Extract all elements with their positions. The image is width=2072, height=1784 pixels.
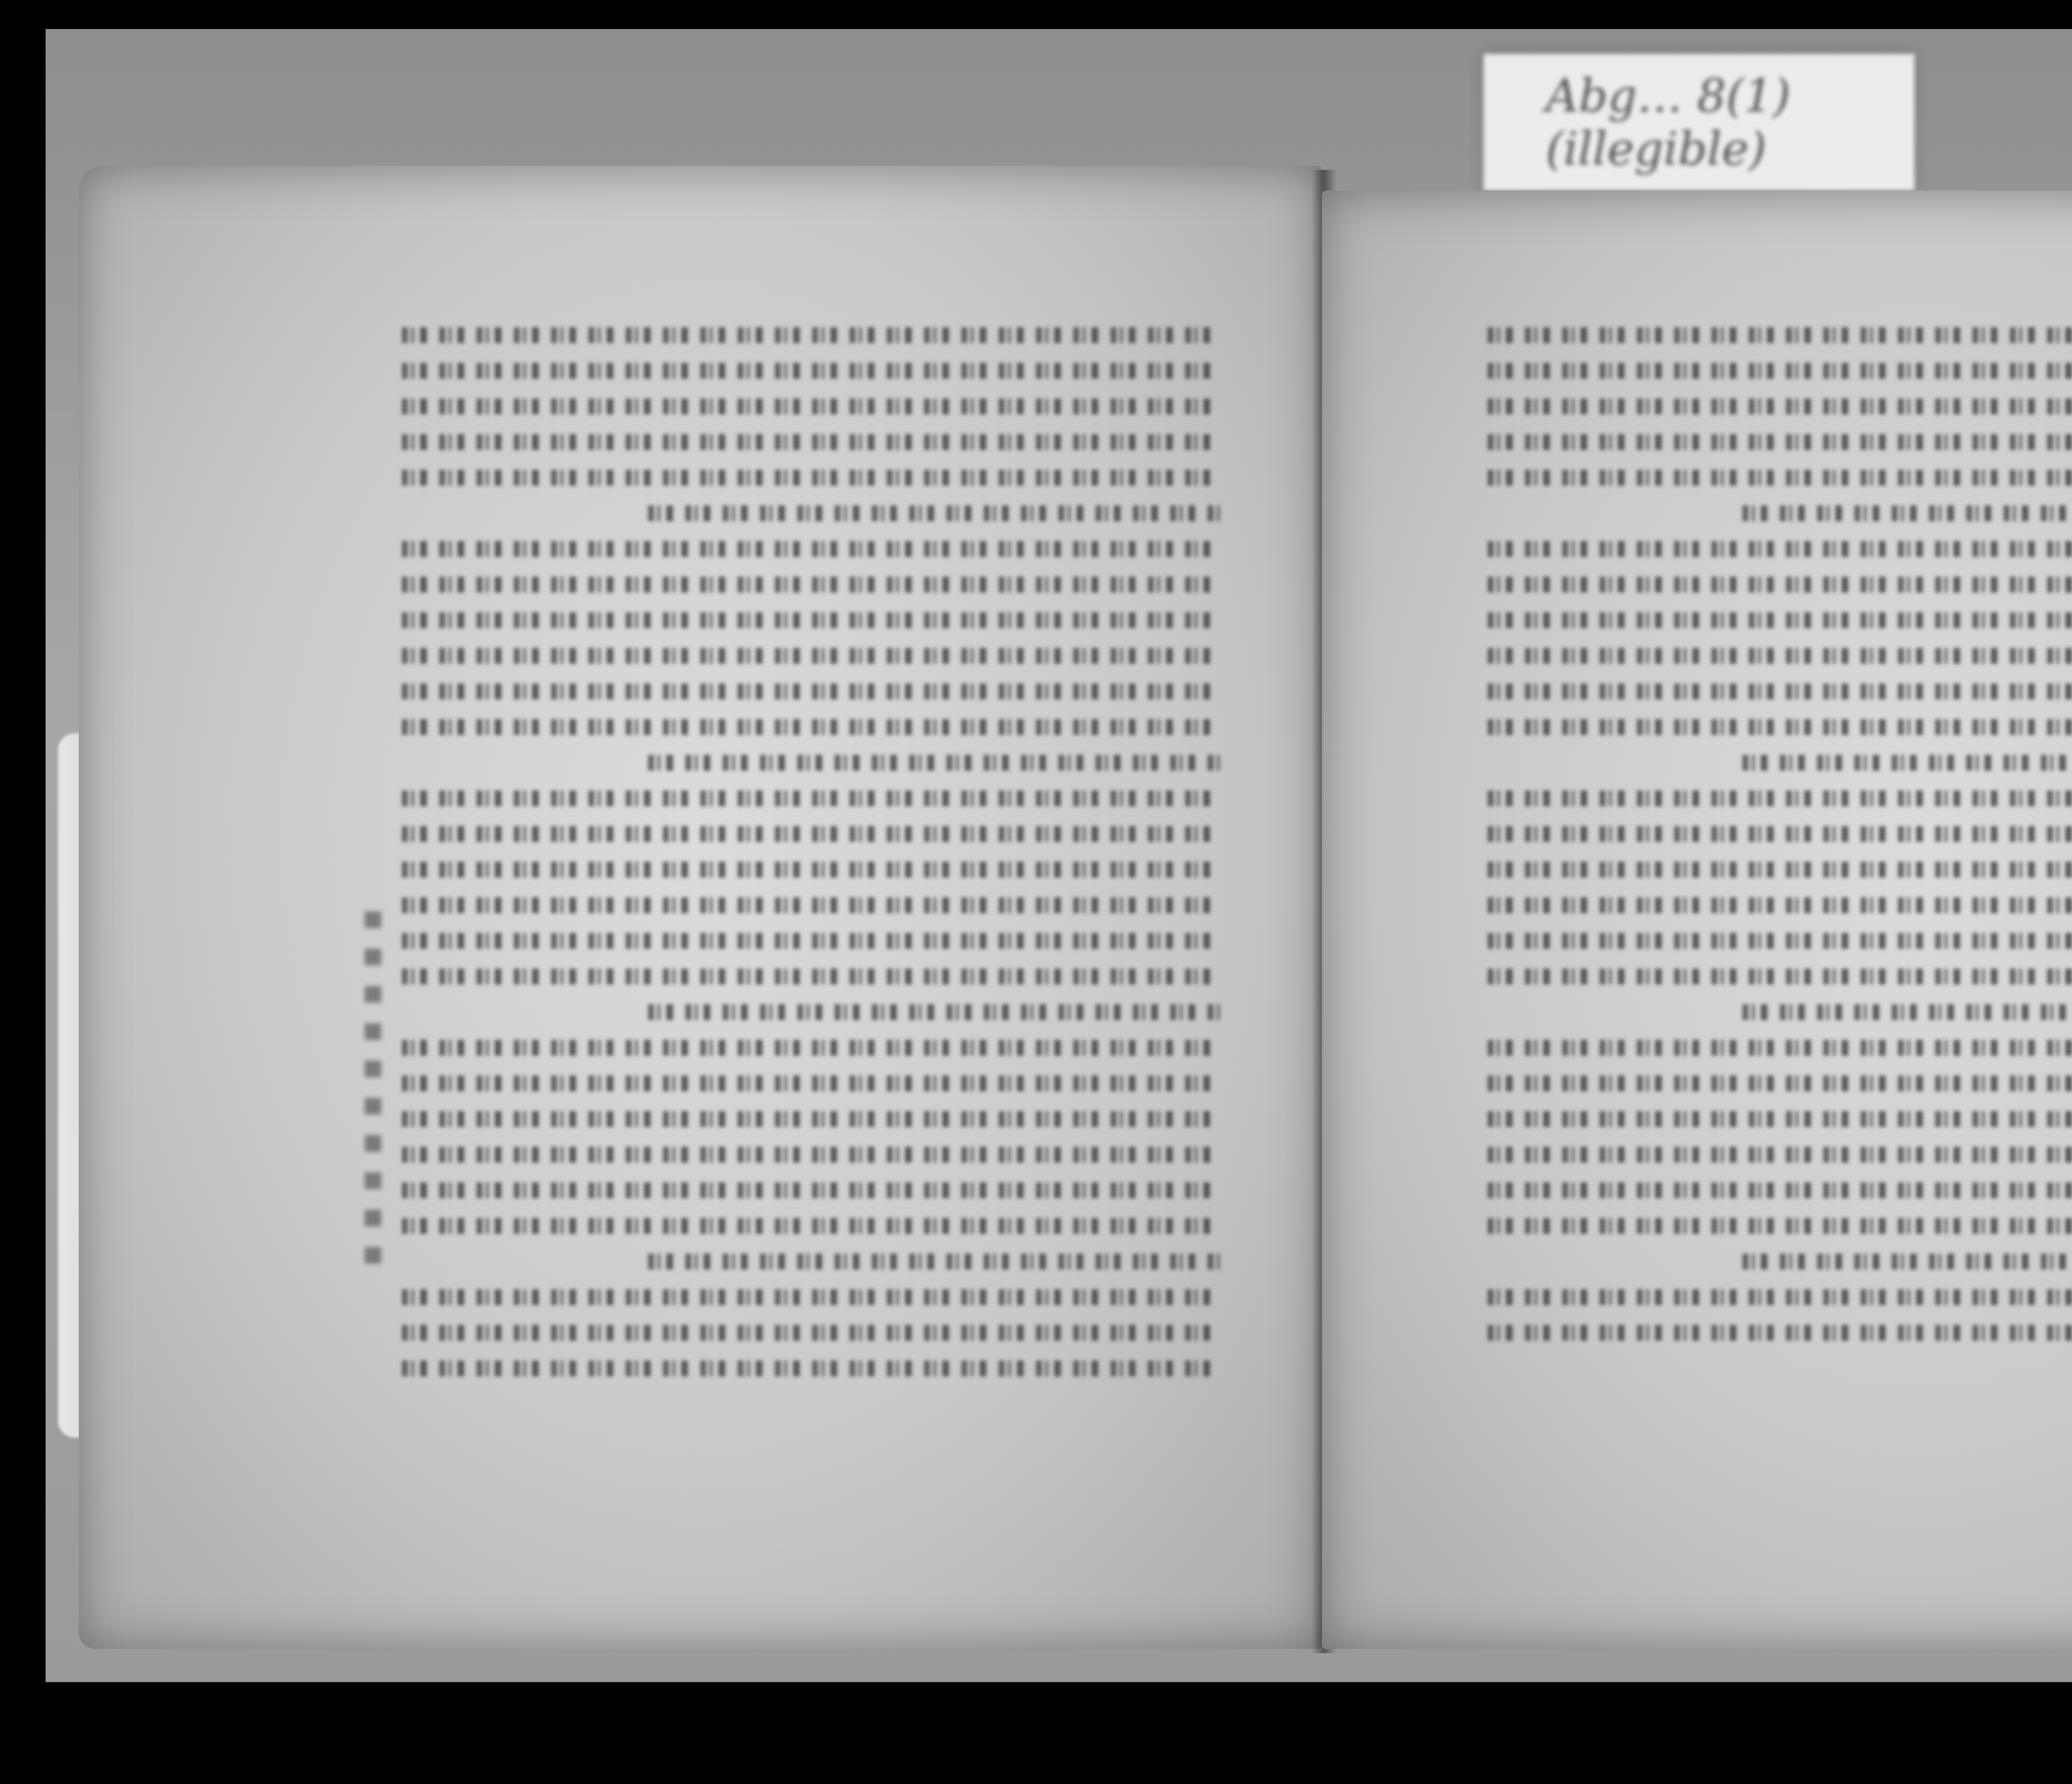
manuscript-line <box>402 969 1222 984</box>
manuscript-line <box>402 826 1222 842</box>
manuscript-line <box>1488 541 2072 557</box>
manuscript-line <box>1488 933 2072 949</box>
manuscript-line <box>648 1254 1222 1269</box>
manuscript-line <box>402 684 1222 699</box>
manuscript-line <box>1488 1076 2072 1091</box>
manuscript-line <box>402 1040 1222 1056</box>
manuscript-line <box>648 1004 1222 1020</box>
manuscript-line <box>1488 826 2072 842</box>
manuscript-line <box>1488 648 2072 664</box>
manuscript-line <box>402 612 1222 628</box>
manuscript-line <box>1488 969 2072 984</box>
manuscript-photograph: Abg… 8(1) (illegible) (illegible manuscr… <box>46 29 2072 1682</box>
manuscript-line <box>402 434 1222 450</box>
manuscript-line <box>1743 755 2072 771</box>
manuscript-line <box>402 327 1222 343</box>
manuscript-line <box>402 1076 1222 1091</box>
manuscript-line <box>402 541 1222 557</box>
manuscript-line <box>1488 790 2072 806</box>
manuscript-line <box>1488 1147 2072 1163</box>
marginal-annotation <box>365 911 381 1284</box>
manuscript-line <box>402 1182 1222 1198</box>
manuscript-line <box>1488 399 2072 414</box>
manuscript-line <box>402 1325 1222 1341</box>
manuscript-line <box>1488 1111 2072 1127</box>
manuscript-line <box>402 897 1222 913</box>
manuscript-line <box>402 577 1222 592</box>
left-page: (illegible manuscript text) <box>79 166 1322 1649</box>
manuscript-line <box>1743 1004 2072 1020</box>
manuscript-line <box>1488 897 2072 913</box>
manuscript-line <box>1488 719 2072 735</box>
manuscript-line <box>648 755 1222 771</box>
manuscript-line <box>1488 612 2072 628</box>
label-line-1: Abg… 8(1) <box>1546 69 1915 122</box>
manuscript-line <box>402 1218 1222 1234</box>
manuscript-line <box>1488 1289 2072 1305</box>
manuscript-line <box>1488 684 2072 699</box>
manuscript-line <box>648 505 1222 521</box>
manuscript-line <box>1743 505 2072 521</box>
manuscript-line <box>1488 470 2072 486</box>
manuscript-line <box>402 470 1222 486</box>
manuscript-line <box>402 790 1222 806</box>
manuscript-line <box>1743 1254 2072 1269</box>
manuscript-line <box>402 1361 1222 1376</box>
manuscript-line <box>402 363 1222 379</box>
manuscript-line <box>1488 1182 2072 1198</box>
manuscript-line <box>402 399 1222 414</box>
manuscript-line <box>402 1111 1222 1127</box>
manuscript-line <box>402 933 1222 949</box>
manuscript-line <box>402 719 1222 735</box>
label-line-2: (illegible) <box>1546 122 1915 175</box>
right-page: (illegible manuscript text) <box>1322 191 2072 1649</box>
manuscript-line <box>1488 363 2072 379</box>
manuscript-line <box>402 648 1222 664</box>
manuscript-line <box>402 862 1222 877</box>
manuscript-line <box>1488 1040 2072 1056</box>
manuscript-line <box>1488 1325 2072 1341</box>
manuscript-line <box>1488 1218 2072 1234</box>
shelfmark-label: Abg… 8(1) (illegible) <box>1484 54 1915 191</box>
manuscript-line <box>1488 327 2072 343</box>
manuscript-line <box>402 1147 1222 1163</box>
left-page-text <box>402 327 1222 1396</box>
manuscript-line <box>402 1289 1222 1305</box>
right-page-text <box>1488 327 2072 1361</box>
manuscript-line <box>1488 577 2072 592</box>
manuscript-line <box>1488 434 2072 450</box>
manuscript-line <box>1488 862 2072 877</box>
